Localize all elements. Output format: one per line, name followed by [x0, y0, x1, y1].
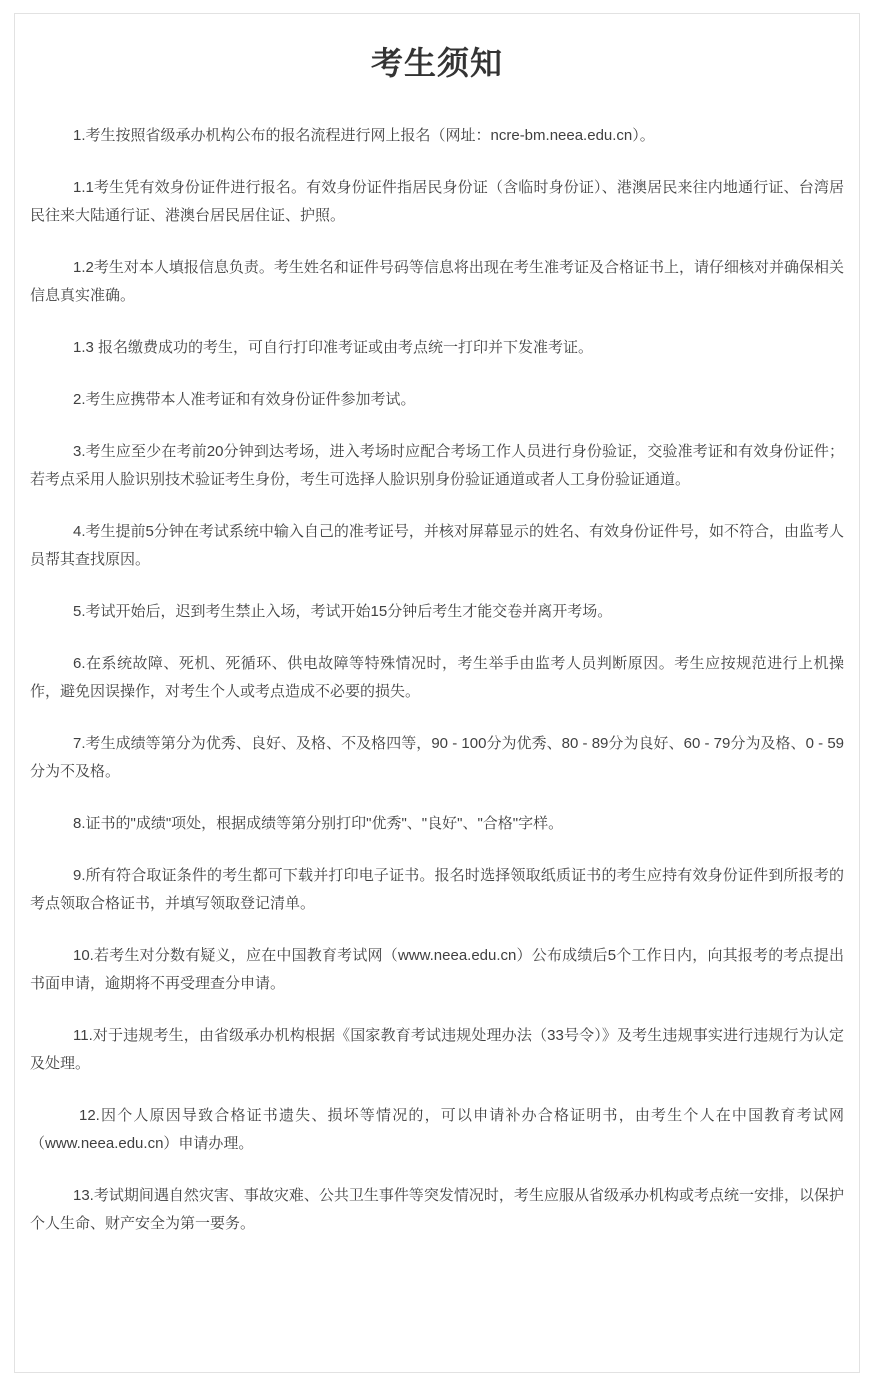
notice-item-10: 10.若考生对分数有疑义，应在中国教育考试网（www.neea.edu.cn）公…: [30, 942, 844, 998]
notice-item-3: 3.考生应至少在考前20分钟到达考场，进入考场时应配合考场工作人员进行身份验证，…: [30, 438, 844, 494]
notice-item-1-2: 1.2考生对本人填报信息负责。考生姓名和证件号码等信息将出现在考生准考证及合格证…: [30, 254, 844, 310]
notice-item-5: 5.考试开始后，迟到考生禁止入场，考试开始15分钟后考生才能交卷并离开考场。: [30, 598, 844, 626]
notice-item-6: 6.在系统故障、死机、死循环、供电故障等特殊情况时，考生举手由监考人员判断原因。…: [30, 650, 844, 706]
notice-item-9: 9.所有符合取证条件的考生都可下载并打印电子证书。报名时选择领取纸质证书的考生应…: [30, 862, 844, 918]
notice-item-13: 13.考试期间遇自然灾害、事故灾难、公共卫生事件等突发情况时，考生应服从省级承办…: [30, 1182, 844, 1238]
notice-item-1-1: 1.1考生凭有效身份证件进行报名。有效身份证件指居民身份证（含临时身份证）、港澳…: [30, 174, 844, 230]
document-page: 考生须知 1.考生按照省级承办机构公布的报名流程进行网上报名（网址：ncre-b…: [0, 0, 880, 1373]
notice-item-2: 2.考生应携带本人准考证和有效身份证件参加考试。: [30, 386, 844, 414]
notice-item-1: 1.考生按照省级承办机构公布的报名流程进行网上报名（网址：ncre-bm.nee…: [30, 122, 844, 150]
notice-item-1-3: 1.3 报名缴费成功的考生，可自行打印准考证或由考点统一打印并下发准考证。: [30, 334, 844, 362]
notice-item-12: 12.因个人原因导致合格证书遗失、损坏等情况的，可以申请补办合格证明书，由考生个…: [30, 1102, 844, 1158]
notice-item-8: 8.证书的"成绩"项处，根据成绩等第分别打印"优秀"、"良好"、"合格"字样。: [30, 810, 844, 838]
page-title: 考生须知: [30, 44, 844, 82]
notice-item-4: 4.考生提前5分钟在考试系统中输入自己的准考证号，并核对屏幕显示的姓名、有效身份…: [30, 518, 844, 574]
notice-item-11: 11.对于违规考生，由省级承办机构根据《国家教育考试违规处理办法（33号令）》及…: [30, 1022, 844, 1078]
notice-item-7: 7.考生成绩等第分为优秀、良好、及格、不及格四等，90 - 100分为优秀、80…: [30, 730, 844, 786]
notice-card: 考生须知 1.考生按照省级承办机构公布的报名流程进行网上报名（网址：ncre-b…: [14, 13, 860, 1373]
